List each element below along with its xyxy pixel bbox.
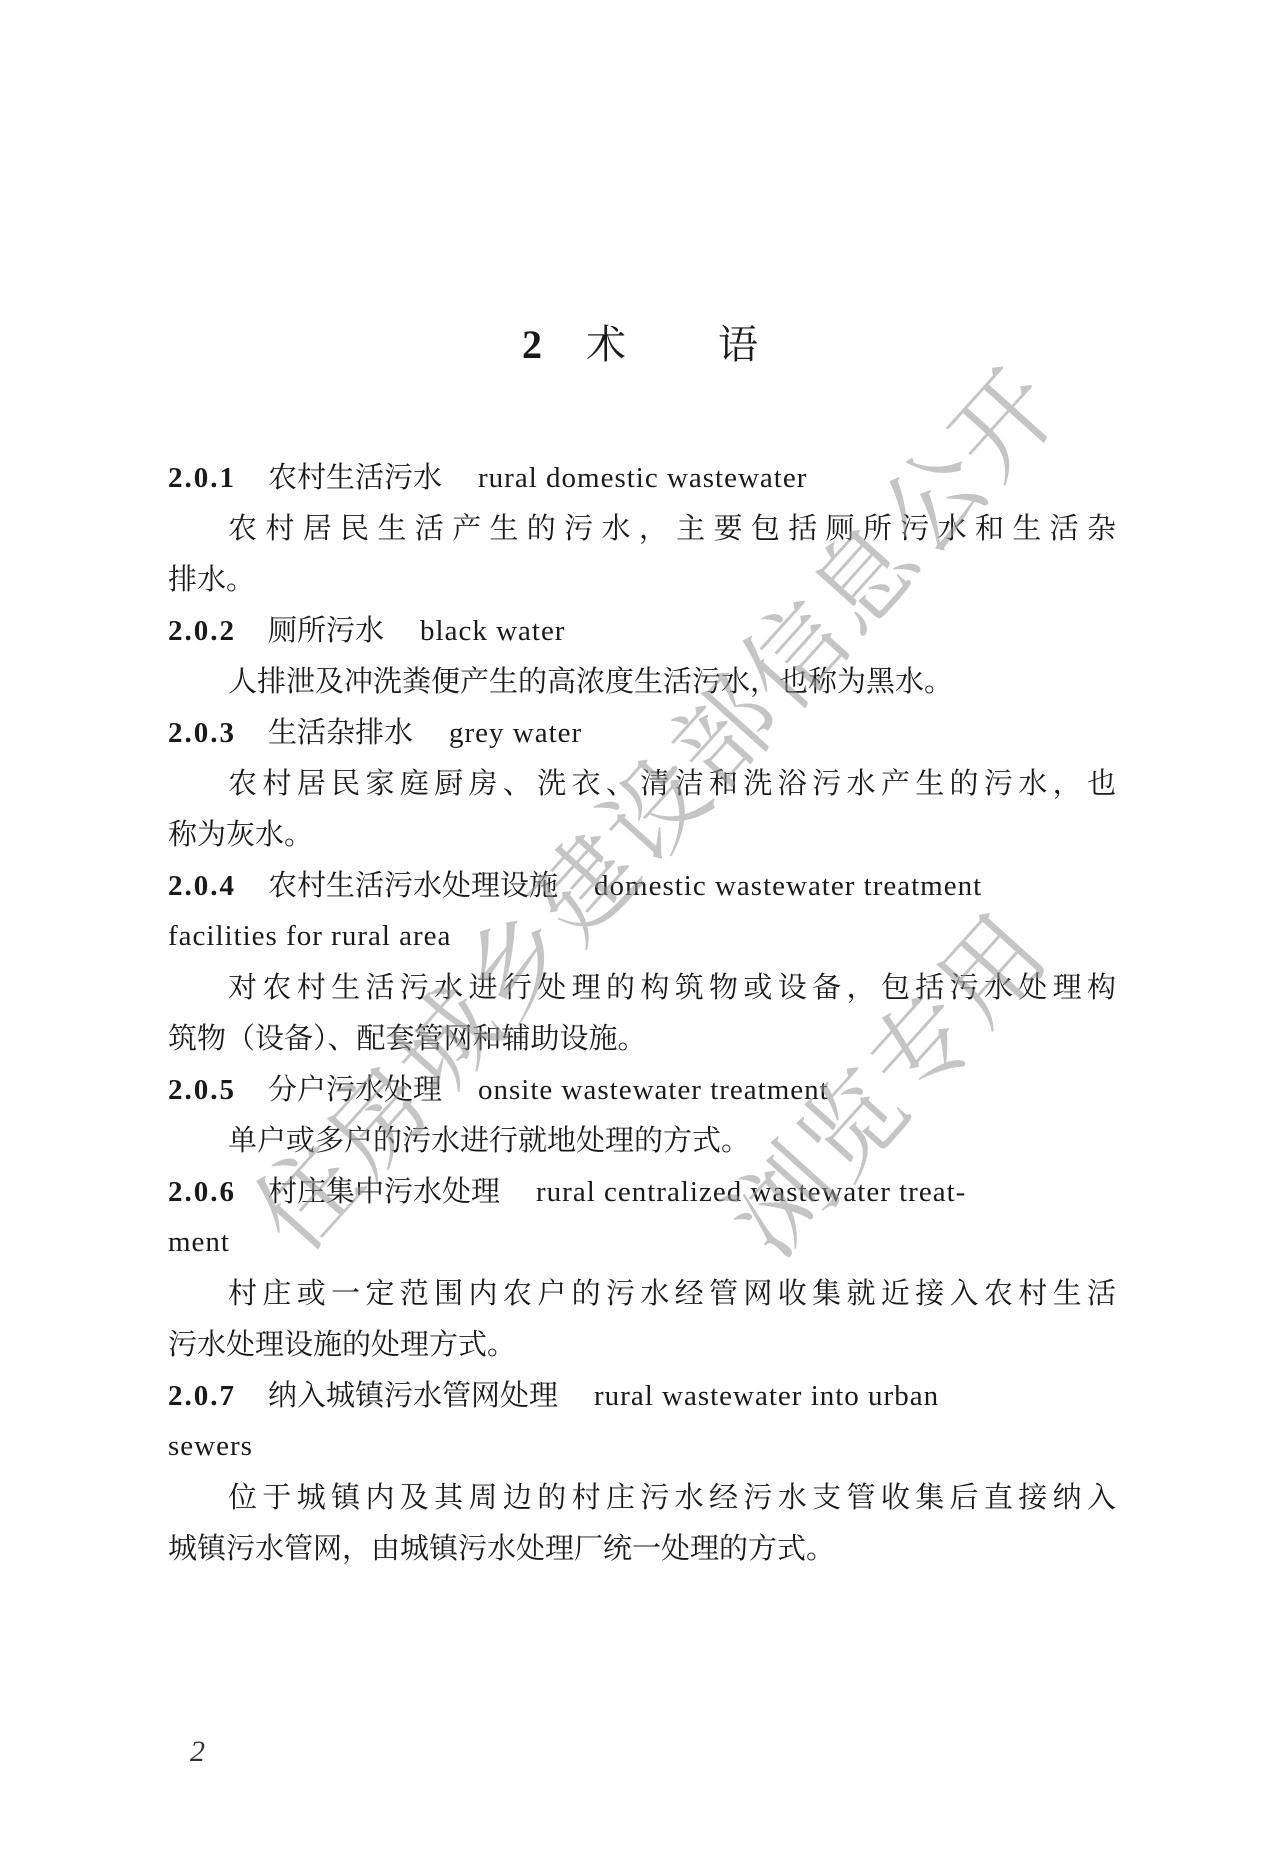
definition-line: 污水处理设施的处理方式。	[168, 1319, 1116, 1370]
term-chinese: 农村生活污水	[268, 460, 442, 494]
term-chinese: 村庄集中污水处理	[268, 1174, 500, 1208]
term-english: grey water	[449, 717, 582, 749]
definition-line: 单户或多户的污水进行就地处理的方式。	[168, 1115, 1116, 1166]
definition-line: 农村居民生活产生的污水，主要包括厕所污水和生活杂	[168, 503, 1116, 554]
definition-line: 人排泄及冲洗粪便产生的高浓度生活污水，也称为黑水。	[168, 656, 1116, 707]
term-english: rural domestic wastewater	[478, 462, 807, 494]
term-heading: 2.0.7纳入城镇污水管网处理rural wastewater into urb…	[168, 1370, 1116, 1421]
term-chinese: 纳入城镇污水管网处理	[268, 1378, 558, 1412]
term-heading: 2.0.4农村生活污水处理设施domestic wastewater treat…	[168, 860, 1116, 911]
term-chinese: 生活杂排水	[268, 715, 413, 749]
definition-line: 称为灰水。	[168, 809, 1116, 860]
term-english: black water	[420, 615, 565, 647]
chapter-title-char-2: 语	[718, 322, 758, 368]
term-english: onsite wastewater treatment	[478, 1074, 829, 1106]
term-heading: 2.0.3生活杂排水grey water	[168, 707, 1116, 758]
definition-line: 城镇污水管网，由城镇污水处理厂统一处理的方式。	[168, 1523, 1116, 1574]
document-page: 2术语 2.0.1农村生活污水rural domestic wastewater…	[0, 0, 1280, 1854]
terms-list: 2.0.1农村生活污水rural domestic wastewater 农村居…	[168, 452, 1116, 1574]
definition-line: 村庄或一定范围内农户的污水经管网收集就近接入农村生活	[168, 1268, 1116, 1319]
term-english-continuation: sewers	[168, 1421, 1116, 1472]
term-heading: 2.0.2厕所污水black water	[168, 605, 1116, 656]
clause-number: 2.0.1	[168, 453, 268, 504]
chapter-title-char-1: 术	[586, 322, 626, 368]
term-chinese: 分户污水处理	[268, 1072, 442, 1106]
term-heading: 2.0.6村庄集中污水处理rural centralized wastewate…	[168, 1166, 1116, 1217]
term-english-continuation: facilities for rural area	[168, 911, 1116, 962]
definition-line: 农村居民家庭厨房、洗衣、清洁和洗浴污水产生的污水，也	[168, 758, 1116, 809]
term-english: rural wastewater into urban	[594, 1380, 939, 1412]
term-english: domestic wastewater treatment	[594, 870, 982, 902]
clause-number: 2.0.4	[168, 861, 268, 912]
definition-line: 筑物（设备）、配套管网和辅助设施。	[168, 1013, 1116, 1064]
chapter-title: 2术语	[0, 318, 1280, 372]
clause-number: 2.0.6	[168, 1167, 268, 1218]
term-english-continuation: ment	[168, 1217, 1116, 1268]
clause-number: 2.0.5	[168, 1065, 268, 1116]
term-chinese: 农村生活污水处理设施	[268, 868, 558, 902]
term-heading: 2.0.5分户污水处理onsite wastewater treatment	[168, 1064, 1116, 1115]
clause-number: 2.0.2	[168, 606, 268, 657]
chapter-number: 2	[522, 322, 542, 367]
term-heading: 2.0.1农村生活污水rural domestic wastewater	[168, 452, 1116, 503]
term-english: rural centralized wastewater treat-	[536, 1176, 966, 1208]
clause-number: 2.0.7	[168, 1371, 268, 1422]
clause-number: 2.0.3	[168, 708, 268, 759]
definition-line: 对农村生活污水进行处理的构筑物或设备，包括污水处理构	[168, 962, 1116, 1013]
term-chinese: 厕所污水	[268, 613, 384, 647]
page-number: 2	[190, 1735, 205, 1769]
definition-line: 排水。	[168, 554, 1116, 605]
definition-line: 位于城镇内及其周边的村庄污水经污水支管收集后直接纳入	[168, 1472, 1116, 1523]
